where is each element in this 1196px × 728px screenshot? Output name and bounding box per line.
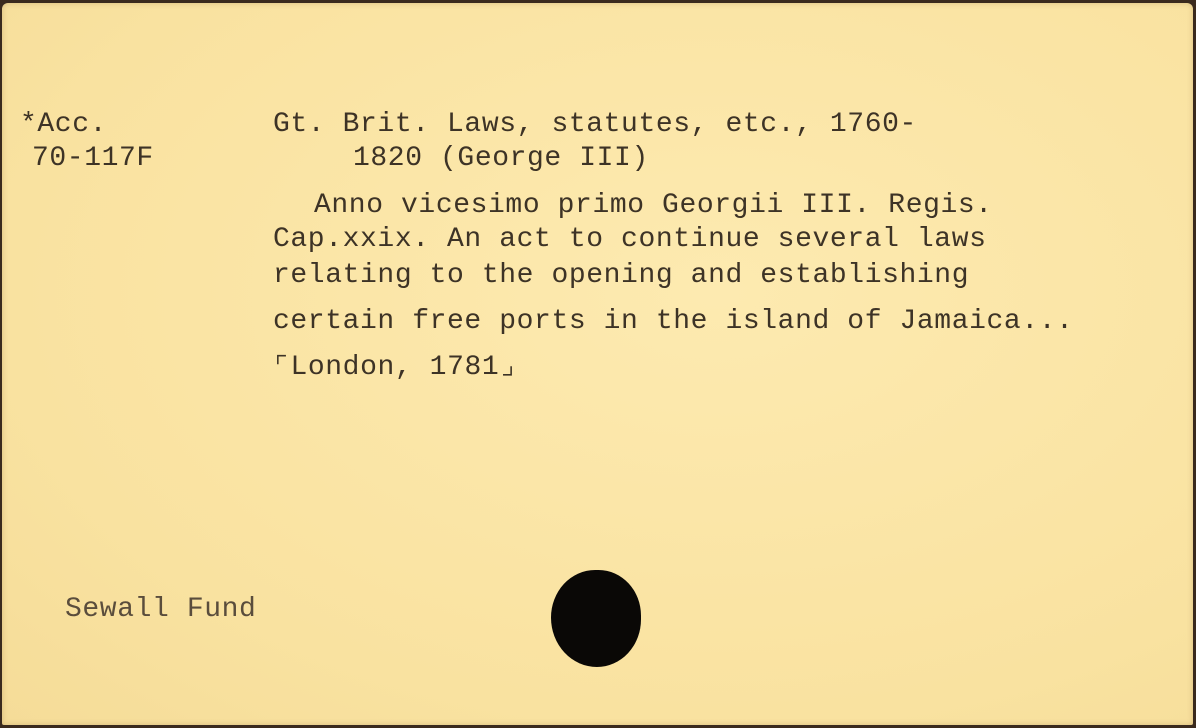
title-line: Cap.xxix. An act to continue several law… <box>273 223 987 257</box>
catalog-card: *Acc. 70-117F Gt. Brit. Laws, statutes, … <box>2 3 1193 725</box>
title-line: certain free ports in the island of Jama… <box>273 305 1074 339</box>
punch-hole-icon <box>551 570 641 667</box>
imprint-line: ⌜London, 1781⌟ <box>273 351 517 385</box>
title-line: Anno vicesimo primo Georgii III. Regis. <box>314 189 993 223</box>
call-number-line1: *Acc. <box>20 108 107 142</box>
title-line: relating to the opening and establishing <box>273 259 969 293</box>
fund-note: Sewall Fund <box>65 593 256 627</box>
heading-line2: 1820 (George III) <box>353 142 649 176</box>
call-number-line2: 70-117F <box>32 142 154 176</box>
heading-line1: Gt. Brit. Laws, statutes, etc., 1760- <box>273 108 917 142</box>
